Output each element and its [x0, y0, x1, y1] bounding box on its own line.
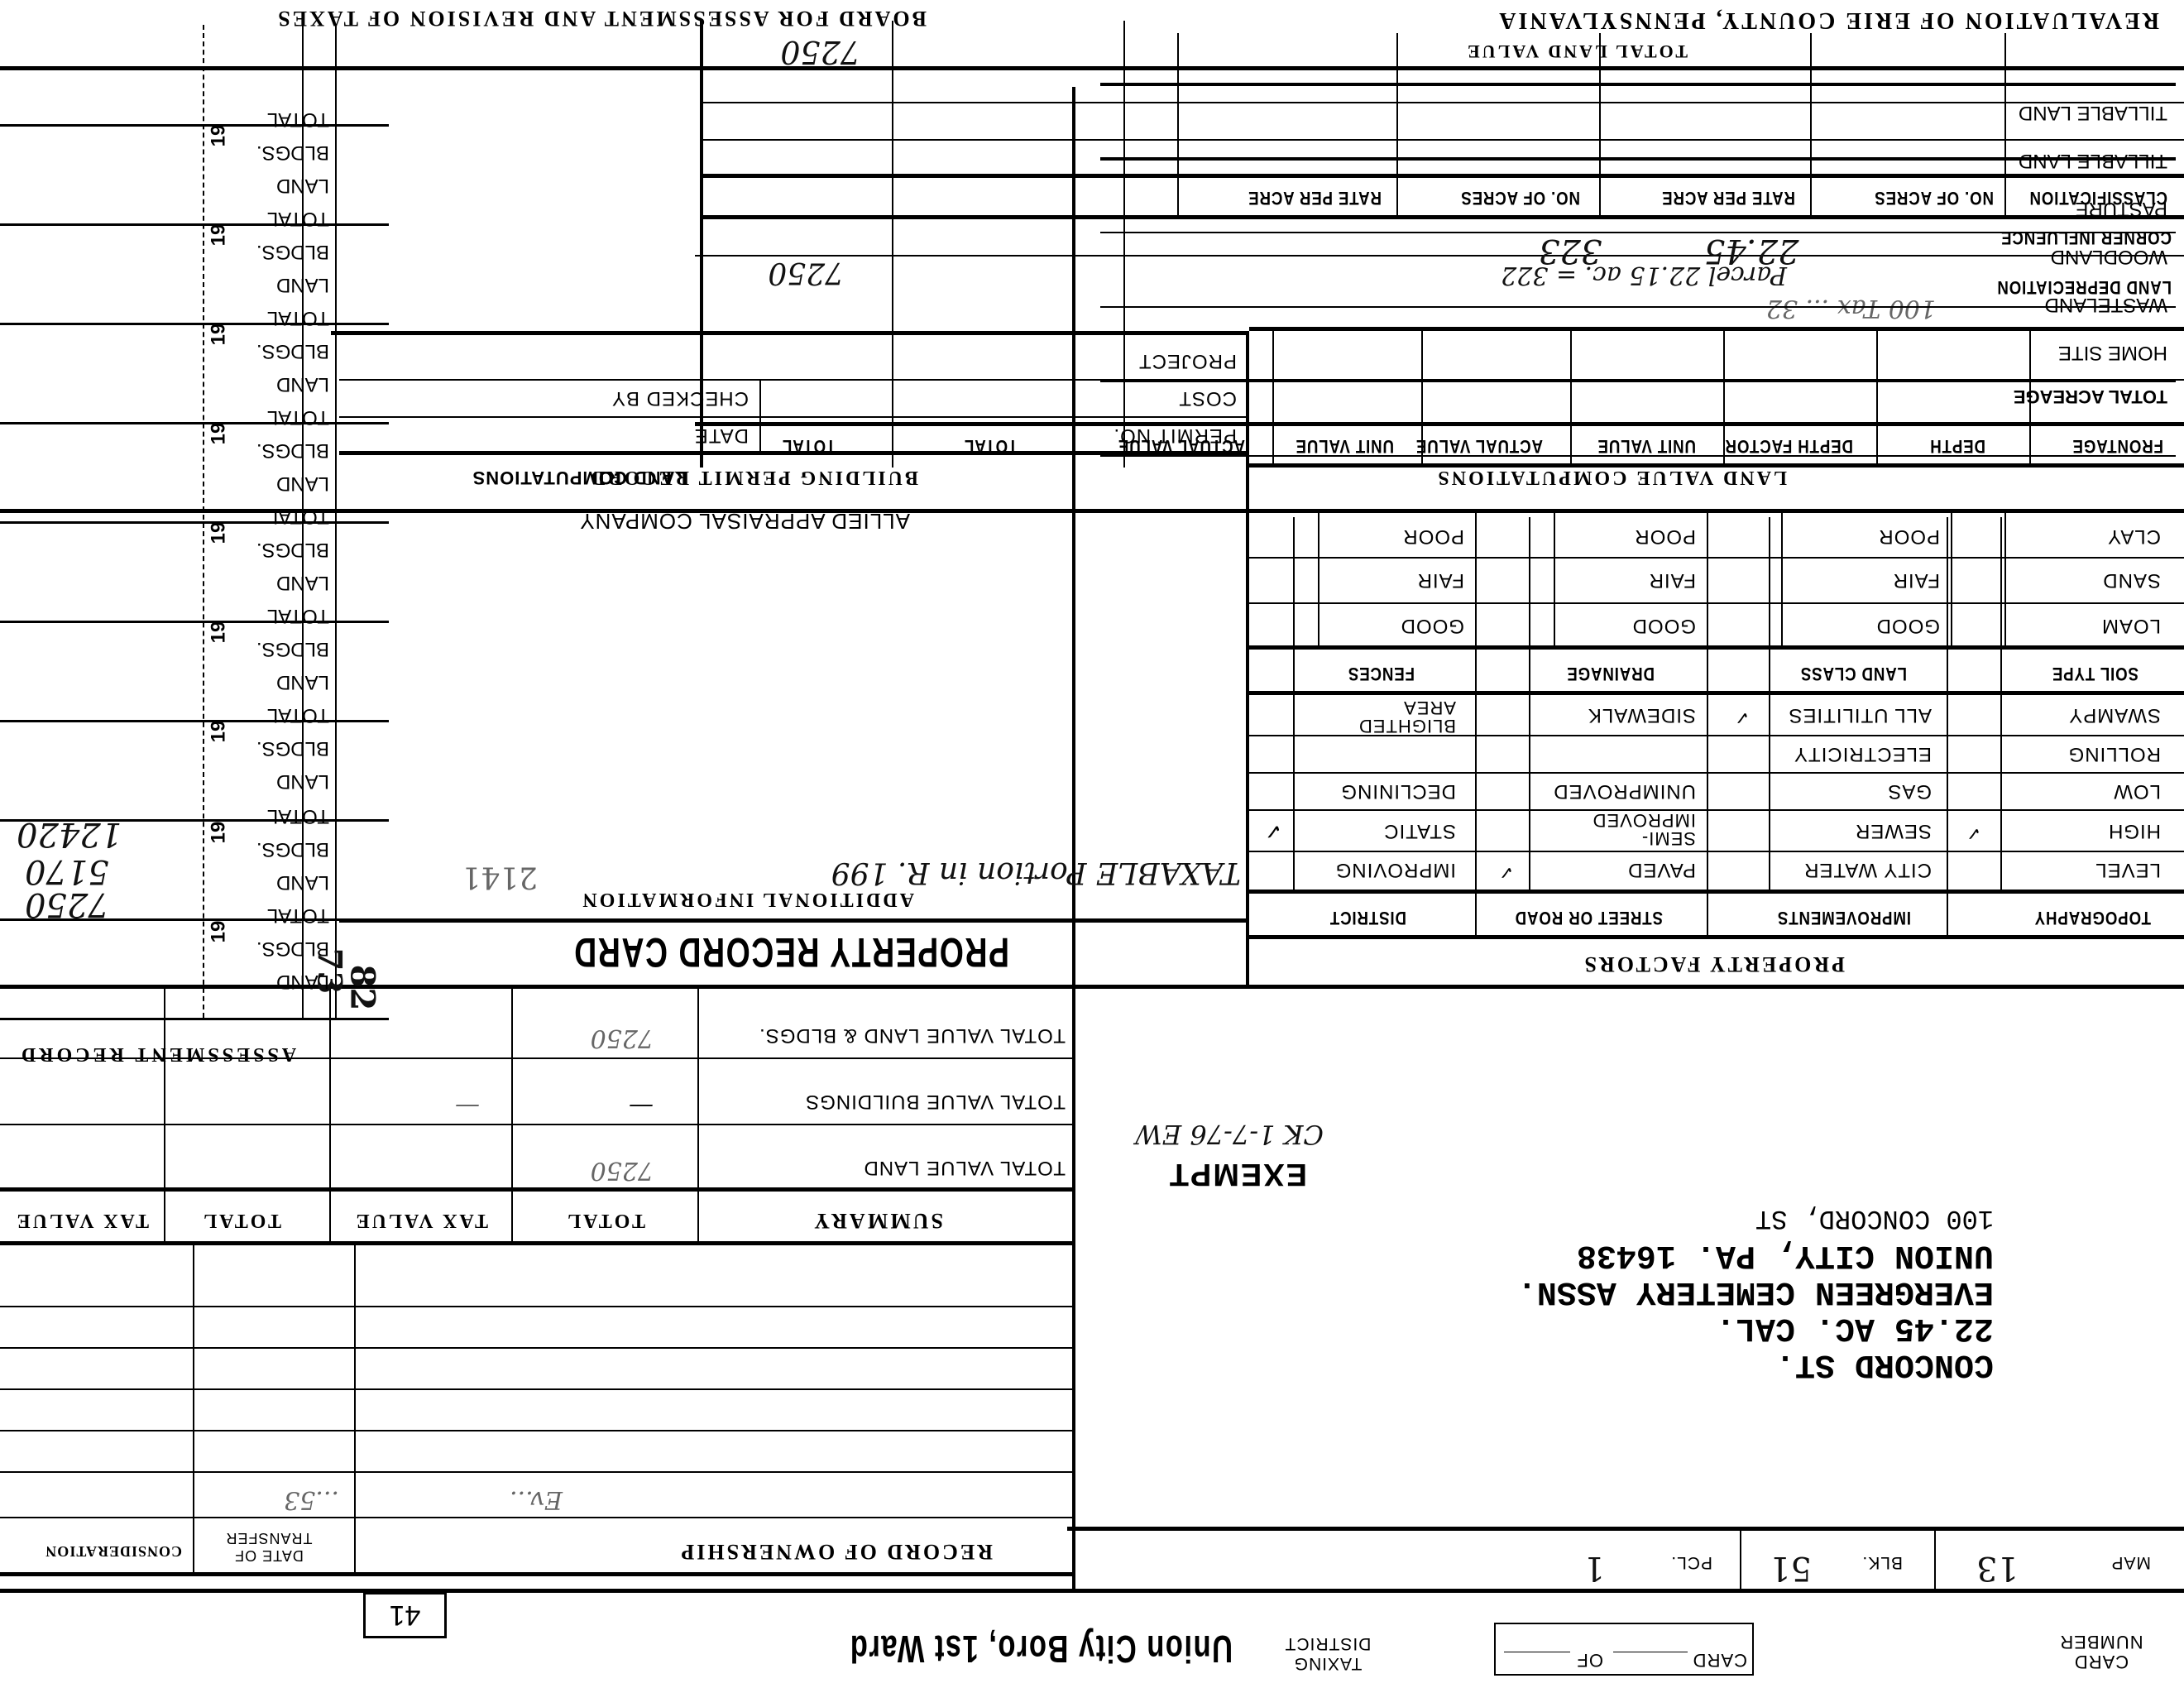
- pasture-acres: 22.45: [1704, 232, 1799, 270]
- pasture-rate: 323: [1539, 232, 1602, 270]
- assessment-record-title: ASSESSMENT RECORD: [0, 1043, 314, 1065]
- class-row-tillable: TILLABLE LAND: [2019, 101, 2167, 124]
- class-row-tillable: TILLABLE LAND: [2019, 149, 2167, 172]
- class-row-home-site: HOME SITE: [2058, 341, 2167, 364]
- total-acreage-label: TOTAL ACREAGE: [2014, 386, 2167, 407]
- class-row-woodland: WOODLAND: [2051, 245, 2167, 268]
- class-row-pasture: PASTURE: [2075, 197, 2167, 220]
- assessment-grid: [0, 25, 389, 1018]
- class-row-wasteland: WASTELAND: [2045, 293, 2167, 316]
